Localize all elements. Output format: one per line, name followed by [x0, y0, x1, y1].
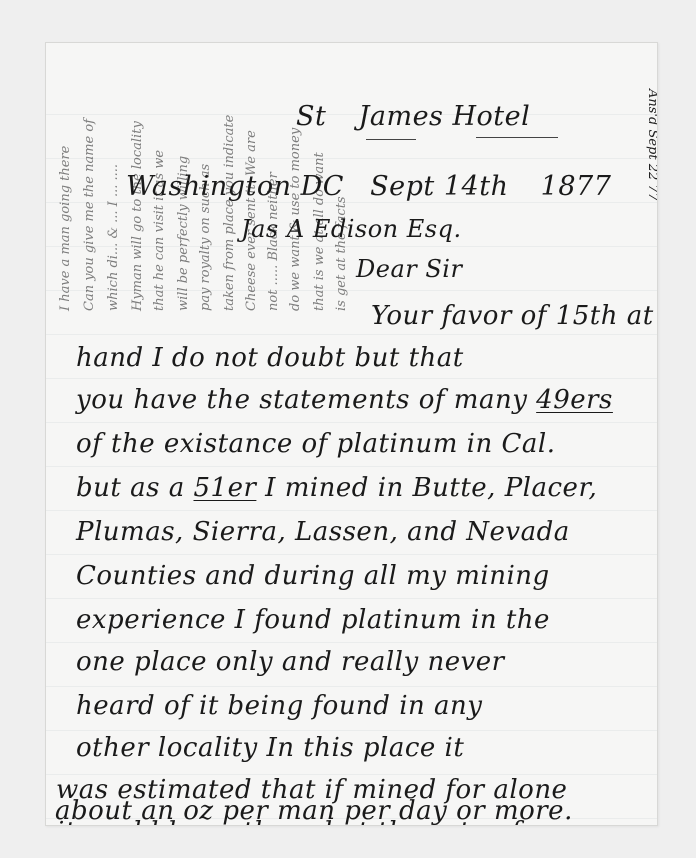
postscript-line: Hyman will go to the locality [130, 121, 145, 311]
dateline-month: Sept [370, 171, 435, 202]
body-line: other locality In this place it [76, 733, 464, 763]
body-line: you have the statements of many 49ers [76, 385, 613, 415]
postscript-line: I have a man going there [58, 146, 73, 311]
body-line: heard of it being found in any [76, 691, 482, 721]
postscript-line: taken from place you indicate [222, 115, 237, 311]
addressee: Jas A Edison Esq. [241, 215, 462, 243]
dateline-day: 14th [444, 171, 509, 202]
dateline: Washington DC Sept 14th 1877 [126, 171, 611, 202]
body-line: but as a 51er I mined in Butte, Placer, [76, 473, 597, 503]
dateline-city: Washington [126, 171, 292, 202]
docket-line: Ans'd Sept 22 77 [645, 89, 658, 201]
letterhead-saint: St [296, 101, 326, 132]
postscript-line: Can you give me the name of [82, 119, 97, 311]
postscript-line: is get at the facts [334, 196, 349, 311]
docket-note: Washn Sept 10 '77 J.C. Richardson Ans'd … [636, 73, 658, 253]
letter-page: I have a man going there Can you give me… [45, 42, 658, 826]
dateline-district: DC [301, 171, 344, 202]
letterhead-underline [476, 137, 558, 138]
postscript-line: which di... & ... I ... .... [106, 164, 121, 311]
body-line: experience I found platinum in the [76, 605, 550, 635]
body-line: Plumas, Sierra, Lassen, and Nevada [76, 517, 570, 547]
underlined-term: 49ers [536, 385, 613, 415]
body-line: Your favor of 15th at [371, 301, 654, 331]
letterhead: St James Hotel [296, 101, 530, 132]
body-line: Counties and during all my mining [76, 561, 550, 591]
letterhead-hotel: James Hotel [359, 101, 531, 132]
body-line: hand I do not doubt but that [76, 343, 464, 373]
underlined-term: 51er [193, 473, 256, 503]
salutation: Dear Sir [356, 255, 462, 283]
body-line: one place only and really never [76, 647, 505, 677]
letterhead-underline [366, 139, 416, 140]
body-line: of the existance of platinum in Cal. [76, 429, 555, 459]
dateline-year: 1877 [541, 171, 612, 202]
body-line-last: about an oz per man per day or more. [55, 796, 573, 826]
